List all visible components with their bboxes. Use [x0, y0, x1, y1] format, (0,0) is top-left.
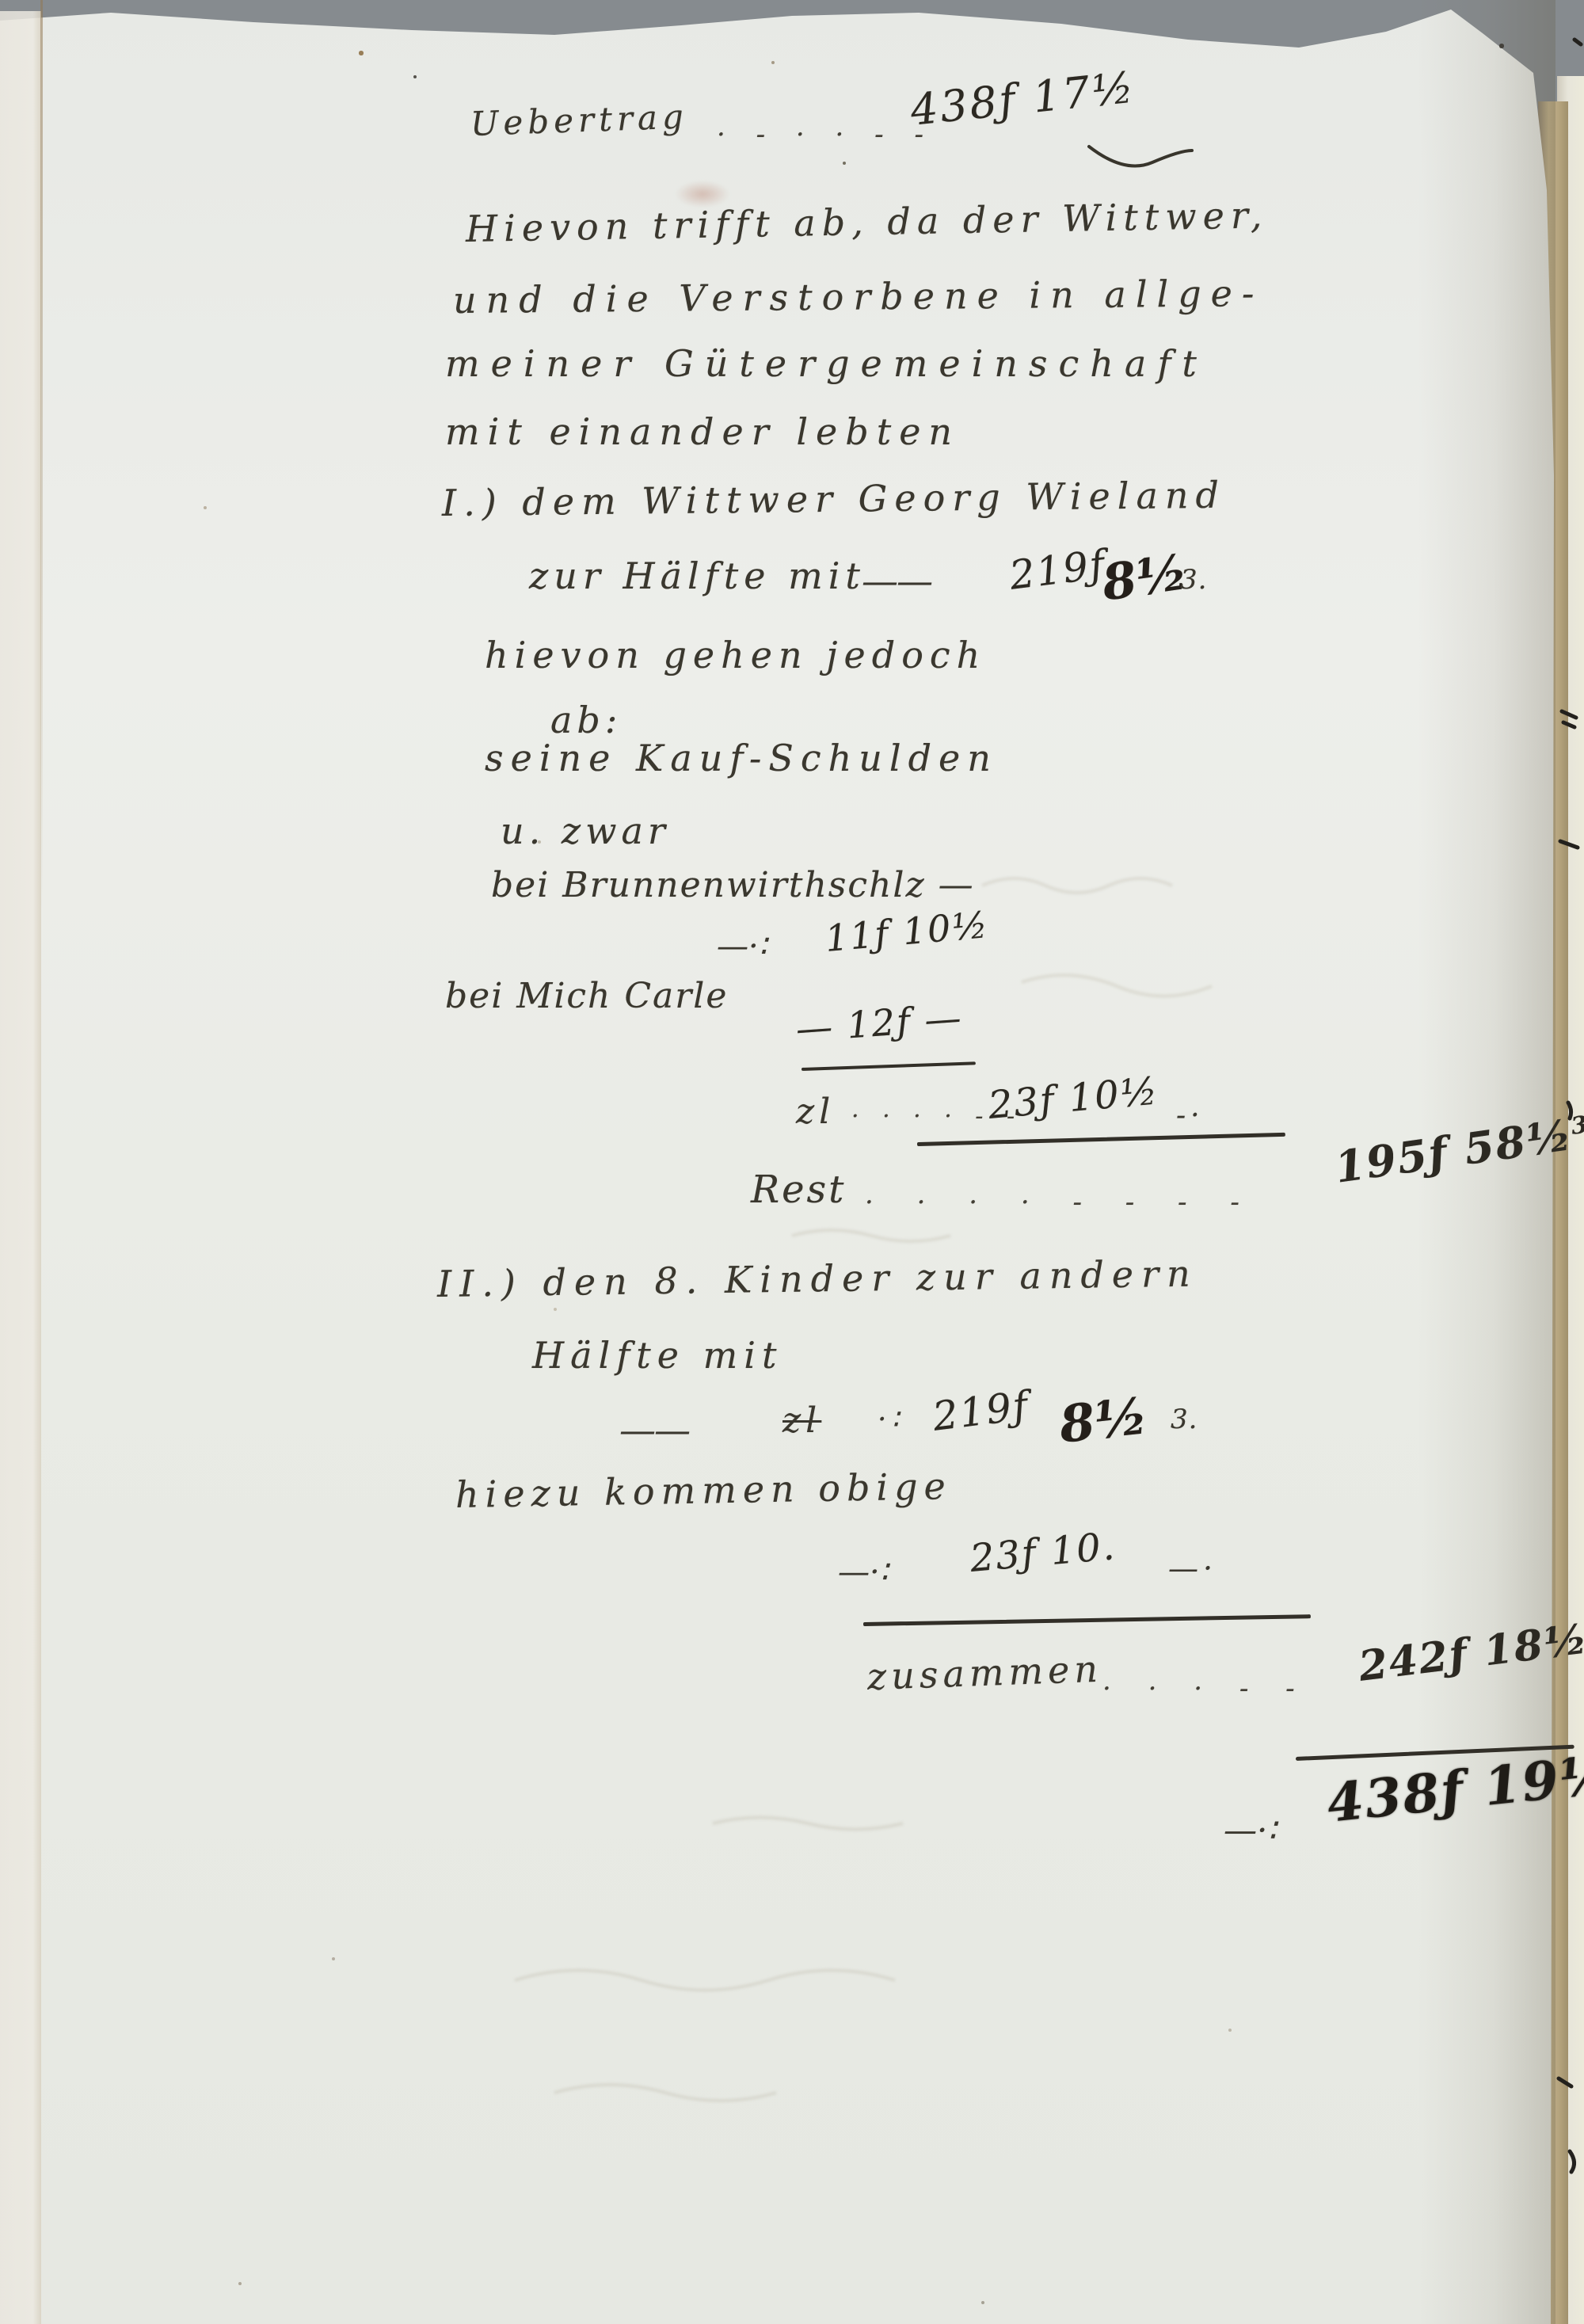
- section1-item1-lead: —·∶: [717, 928, 767, 965]
- section2-half-colon: ·∶: [878, 1404, 904, 1436]
- photo-of-manuscript-page: Uebertrag · ‐ · · ‐ ‐ 438ƒ 17½ Hievon tr…: [0, 0, 1584, 2324]
- grand-total-lead: —·∶: [1224, 1811, 1276, 1850]
- section1-half-amount-kreuzer: 8½: [1099, 543, 1191, 611]
- rest-leader-dots: · · · · ‐ ‐ ‐ ‐: [865, 1187, 1257, 1218]
- section1-note-2: ab:: [550, 699, 622, 741]
- section1-heading: I.) dem Wittwer Georg Wieland: [442, 474, 1226, 524]
- section1-subtotal-tail: ‐·: [1176, 1099, 1205, 1132]
- sum-label: zusammen: [866, 1648, 1103, 1698]
- section2-add-label: hiezu kommen obige: [455, 1465, 953, 1516]
- header-flourish: [1085, 131, 1196, 178]
- rest-label: Rest: [751, 1168, 846, 1212]
- section1-note-1: hievon gehen jedoch: [485, 634, 986, 676]
- section1-half-dash: ——: [862, 559, 931, 602]
- section1-note-4: u. zwar: [501, 810, 670, 852]
- carryover-leader-dots: · ‐ · · ‐ ‐: [717, 119, 935, 150]
- carryover-label: Uebertrag: [470, 97, 688, 143]
- section2-half-struck: zl: [782, 1400, 821, 1441]
- section2-add-tail: —·: [1168, 1551, 1217, 1586]
- section1-half-label: zur Hälfte mit: [529, 554, 866, 597]
- section2-add-lead: —·∶: [838, 1554, 888, 1591]
- paragraph-line-3: meiner Gütergemeinschaft: [445, 342, 1208, 385]
- sum-leader-dots: · · · ‐ ‐: [1102, 1673, 1309, 1705]
- section1-half-amount-heller: 3.: [1180, 564, 1207, 596]
- section2-half-dash: ——: [619, 1408, 689, 1451]
- section1-note-3: seine Kauf-Schulden: [485, 737, 998, 779]
- section1-item2-label: bei Mich Carle: [445, 976, 728, 1016]
- section1-subtotal-label: zl: [796, 1092, 835, 1132]
- paragraph-line-4: mit einander lebten: [445, 410, 960, 453]
- section2-half-amount-heller: 3.: [1171, 1404, 1198, 1435]
- paragraph-line-2: und die Verstorbene in allge-: [453, 272, 1264, 322]
- section1-item1-label: bei Brunnenwirthschlz —: [491, 865, 975, 905]
- section2-heading-2: Hälfte mit: [532, 1334, 782, 1377]
- section2-half-amount-kreuzer: 8½: [1057, 1387, 1151, 1455]
